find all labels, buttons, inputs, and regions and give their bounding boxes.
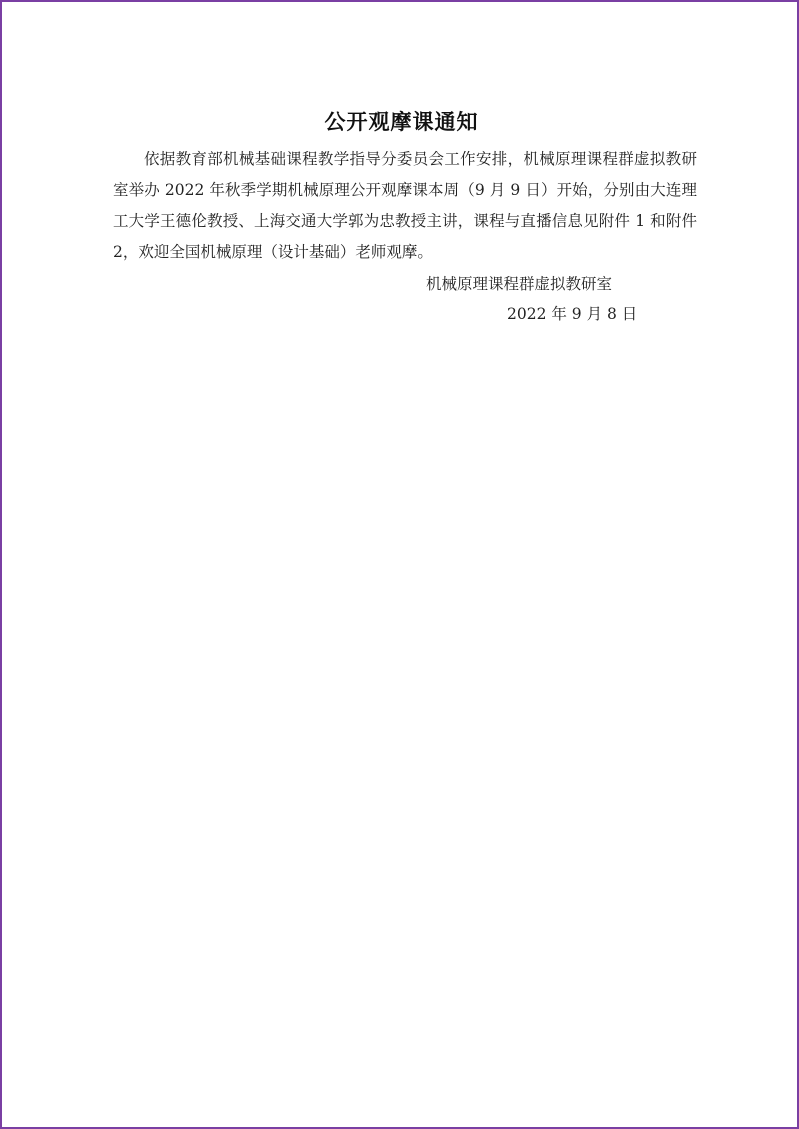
document-signature: 机械原理课程群虚拟教研室 xyxy=(426,272,612,294)
document-body-paragraph: 依据教育部机械基础课程教学指导分委员会工作安排，机械原理课程群虚拟教研室举办 2… xyxy=(113,144,697,268)
document-date: 2022 年 9 月 8 日 xyxy=(507,302,637,324)
document-title: 公开观摩课通知 xyxy=(2,106,799,136)
document-page: 公开观摩课通知 依据教育部机械基础课程教学指导分委员会工作安排，机械原理课程群虚… xyxy=(0,0,799,1129)
